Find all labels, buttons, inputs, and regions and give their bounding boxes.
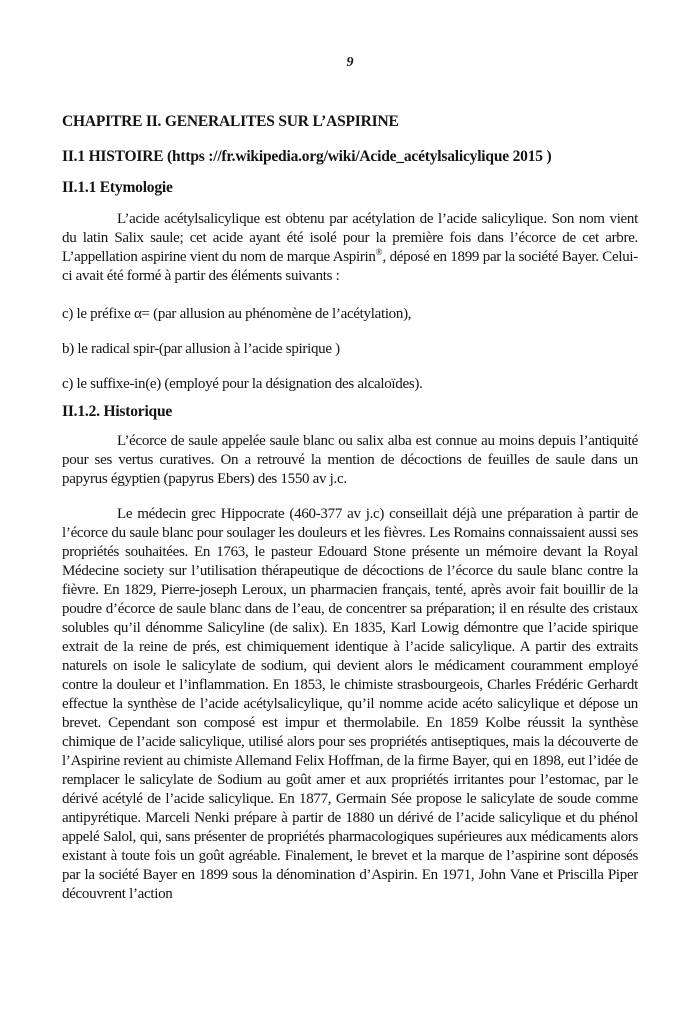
chapter-title: CHAPITRE II. GENERALITES SUR L’ASPIRINE (62, 113, 638, 131)
page-content: CHAPITRE II. GENERALITES SUR L’ASPIRINE … (0, 113, 700, 904)
subsection-etymologie-title: II.1.1 Etymologie (62, 179, 638, 197)
page-number: 9 (0, 0, 700, 71)
subsection-historique-title: II.1.2. Historique (62, 403, 638, 421)
etymologie-item-prefixe: c) le préfixe α= (par allusion au phénom… (62, 305, 638, 324)
etymologie-item-suffixe: c) le suffixe-in(e) (employé pour la dés… (62, 375, 638, 394)
historique-paragraph-1: L’écorce de saule appelée saule blanc ou… (62, 432, 638, 489)
section-histoire-title: II.1 HISTOIRE (https ://fr.wikipedia.org… (62, 148, 638, 166)
etymologie-item-radical: b) le radical spir-(par allusion à l’aci… (62, 340, 638, 359)
document-page: 9 CHAPITRE II. GENERALITES SUR L’ASPIRIN… (0, 0, 700, 1028)
historique-paragraph-2: Le médecin grec Hippocrate (460-377 av j… (62, 505, 638, 904)
etymologie-paragraph: L’acide acétylsalicylique est obtenu par… (62, 210, 638, 286)
